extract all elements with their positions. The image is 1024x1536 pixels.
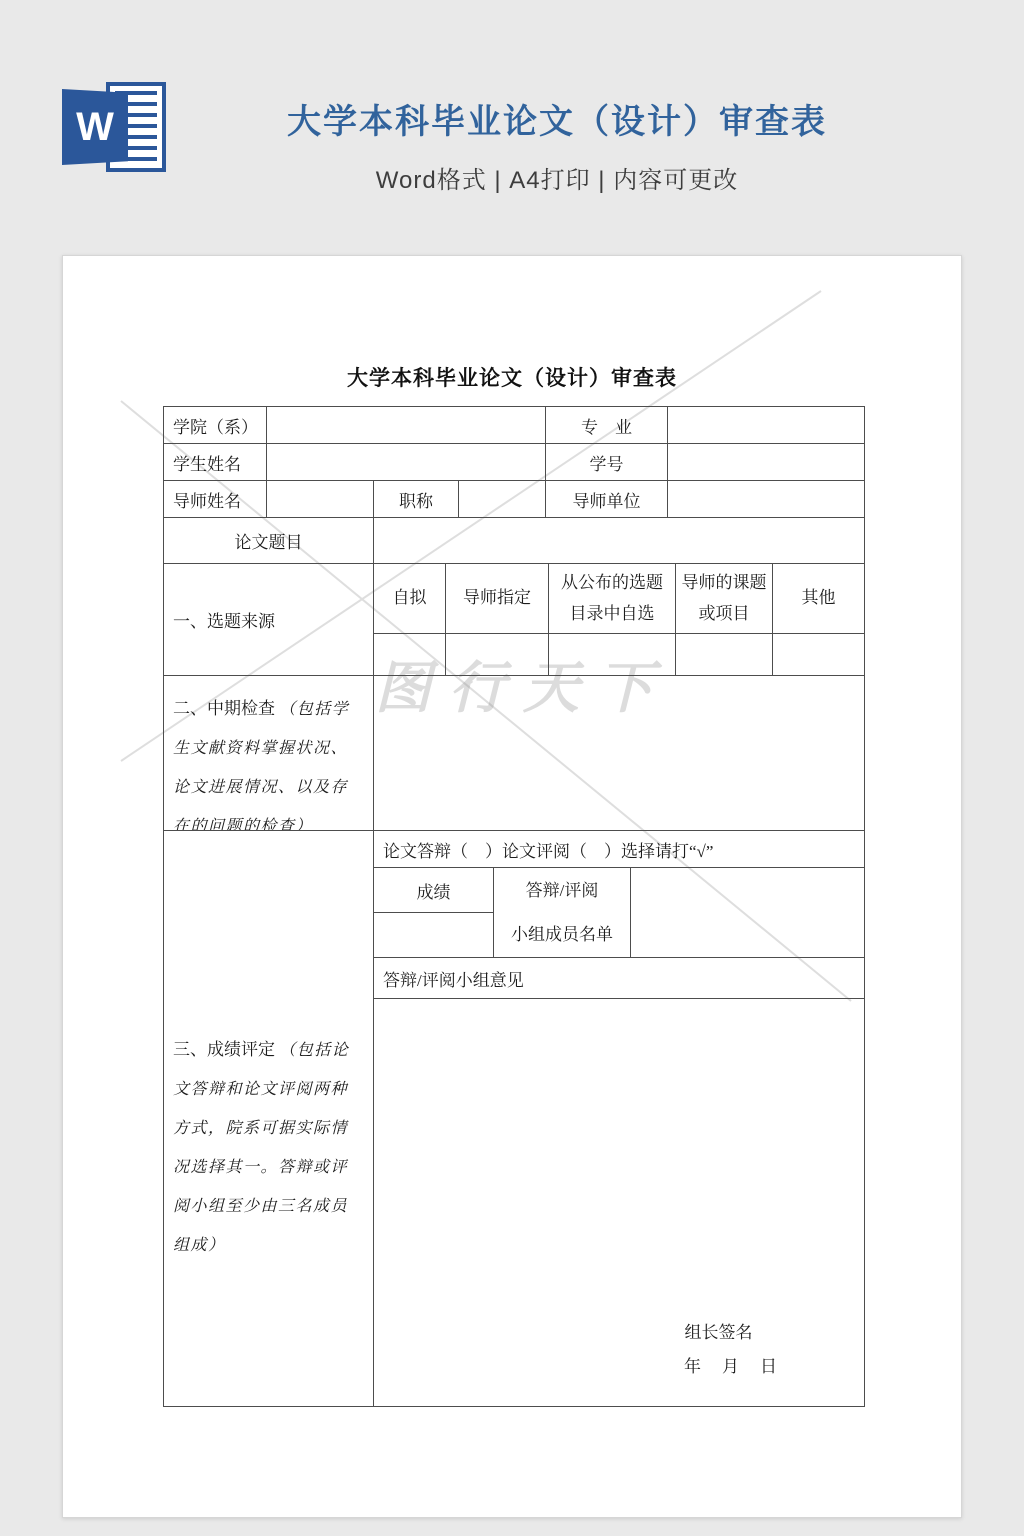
advisor-name-label: 导师姓名 [164,481,267,517]
panel-members-label-line1: 答辩/评阅 [526,869,599,913]
row-thesis-title: 论文题目 [164,518,864,564]
check-cell-self-proposed[interactable] [374,634,446,675]
option-catalog-selected: 从公布的选题目录中自选 [549,564,676,633]
signature-block: 组长签名 年 月 日 [684,1318,779,1382]
thesis-title-input-cell[interactable] [374,518,864,563]
student-id-input-cell[interactable] [668,444,864,480]
advisor-unit-label: 导师单位 [546,481,668,517]
score-panel-row: 成绩 答辩/评阅 小组成员名单 [374,868,864,958]
form-title: 大学本科毕业论文（设计）审查表 [63,362,961,392]
score-column: 成绩 [374,868,494,957]
check-cell-advisor-project[interactable] [676,634,773,675]
row-student: 学生姓名 学号 [164,444,864,481]
check-cell-other[interactable] [773,634,864,675]
date-label: 年 月 日 [684,1352,779,1382]
check-cell-catalog-selected[interactable] [549,634,676,675]
section-topic-source: 一、选题来源 自拟 导师指定 从公布的选题目录中自选 导师的课题或项目 其他 [164,564,864,676]
word-icon-letter: W [76,107,114,147]
grade-evaluation-label-cell: 三、成绩评定 （包括论文答辩和论文评阅两种方式，院系可据实际情况选择其一。答辩或… [164,831,374,1406]
advisor-title-input-cell[interactable] [459,481,546,517]
panel-opinion-label: 答辩/评阅小组意见 [374,958,864,998]
listing-title: 大学本科毕业论文（设计）审查表 [160,94,954,143]
word-icon-front-panel: W [62,89,128,165]
advisor-title-label: 职称 [374,481,459,517]
mode-select-line: 论文答辩（ ）论文评阅（ ）选择请打“√” [374,831,864,867]
check-cell-advisor-assigned[interactable] [446,634,549,675]
topic-source-check-cells [374,634,864,675]
panel-opinion-row: 答辩/评阅小组意见 [374,958,864,999]
section-grade-evaluation: 三、成绩评定 （包括论文答辩和论文评阅两种方式，院系可据实际情况选择其一。答辩或… [164,831,864,1406]
midterm-check-label: 二、中期检查 [173,699,275,718]
advisor-name-input-cell[interactable] [267,481,374,517]
panel-members-label-line2: 小组成员名单 [511,913,613,957]
option-other: 其他 [773,564,864,633]
grade-evaluation-label: 三、成绩评定 [173,1040,275,1059]
row-advisor: 导师姓名 职称 导师单位 [164,481,864,518]
panel-opinion-input-area[interactable]: 组长签名 年 月 日 [374,999,864,1406]
option-advisor-project: 导师的课题或项目 [676,564,773,633]
panel-members-label: 答辩/评阅 小组成员名单 [494,868,631,957]
page-background: { "header": { "icon_letter": "W", "title… [0,0,1024,1536]
student-name-input-cell[interactable] [267,444,546,480]
word-app-icon: W [62,82,170,172]
document-page: 图行天下 大学本科毕业论文（设计）审查表 学院（系） 专 业 学生姓名 学号 导… [62,255,962,1518]
section-midterm-check: 二、中期检查 （包括学生文献资料掌握状况、论文进展情况、以及存在的问题的检查） [164,676,864,831]
advisor-unit-input-cell[interactable] [668,481,864,517]
score-input-cell[interactable] [374,913,493,957]
leader-signature-label: 组长签名 [684,1318,779,1348]
option-advisor-assigned: 导师指定 [446,564,549,633]
review-form-table: 学院（系） 专 业 学生姓名 学号 导师姓名 职称 导师单位 论文题目 [163,406,865,1407]
midterm-check-label-cell: 二、中期检查 （包括学生文献资料掌握状况、论文进展情况、以及存在的问题的检查） [164,676,374,830]
major-input-cell[interactable] [668,407,864,443]
thesis-title-label: 论文题目 [164,518,374,563]
major-label: 专 业 [546,407,668,443]
mode-select-row: 论文答辩（ ）论文评阅（ ）选择请打“√” [374,831,864,868]
student-id-label: 学号 [546,444,668,480]
grade-evaluation-note: （包括论文答辩和论文评阅两种方式，院系可据实际情况选择其一。答辩或评阅小组至少由… [173,1042,349,1254]
midterm-check-input-cell[interactable] [374,676,864,830]
panel-members-input-cell[interactable] [631,868,864,957]
topic-source-option-headers: 自拟 导师指定 从公布的选题目录中自选 导师的课题或项目 其他 [374,564,864,634]
option-self-proposed: 自拟 [374,564,446,633]
listing-subtitle: Word格式 | A4打印 | 内容可更改 [160,160,954,195]
grade-evaluation-body: 论文答辩（ ）论文评阅（ ）选择请打“√” 成绩 答辩/评阅 小组成员名单 答辩… [374,831,864,1406]
row-college: 学院（系） 专 业 [164,407,864,444]
score-label: 成绩 [374,868,493,913]
student-name-label: 学生姓名 [164,444,267,480]
midterm-check-note: （包括学生文献资料掌握状况、论文进展情况、以及存在的问题的检查） [173,701,349,830]
topic-source-options: 自拟 导师指定 从公布的选题目录中自选 导师的课题或项目 其他 [374,564,864,675]
college-input-cell[interactable] [267,407,546,443]
college-label: 学院（系） [164,407,267,443]
topic-source-label: 一、选题来源 [164,564,374,675]
